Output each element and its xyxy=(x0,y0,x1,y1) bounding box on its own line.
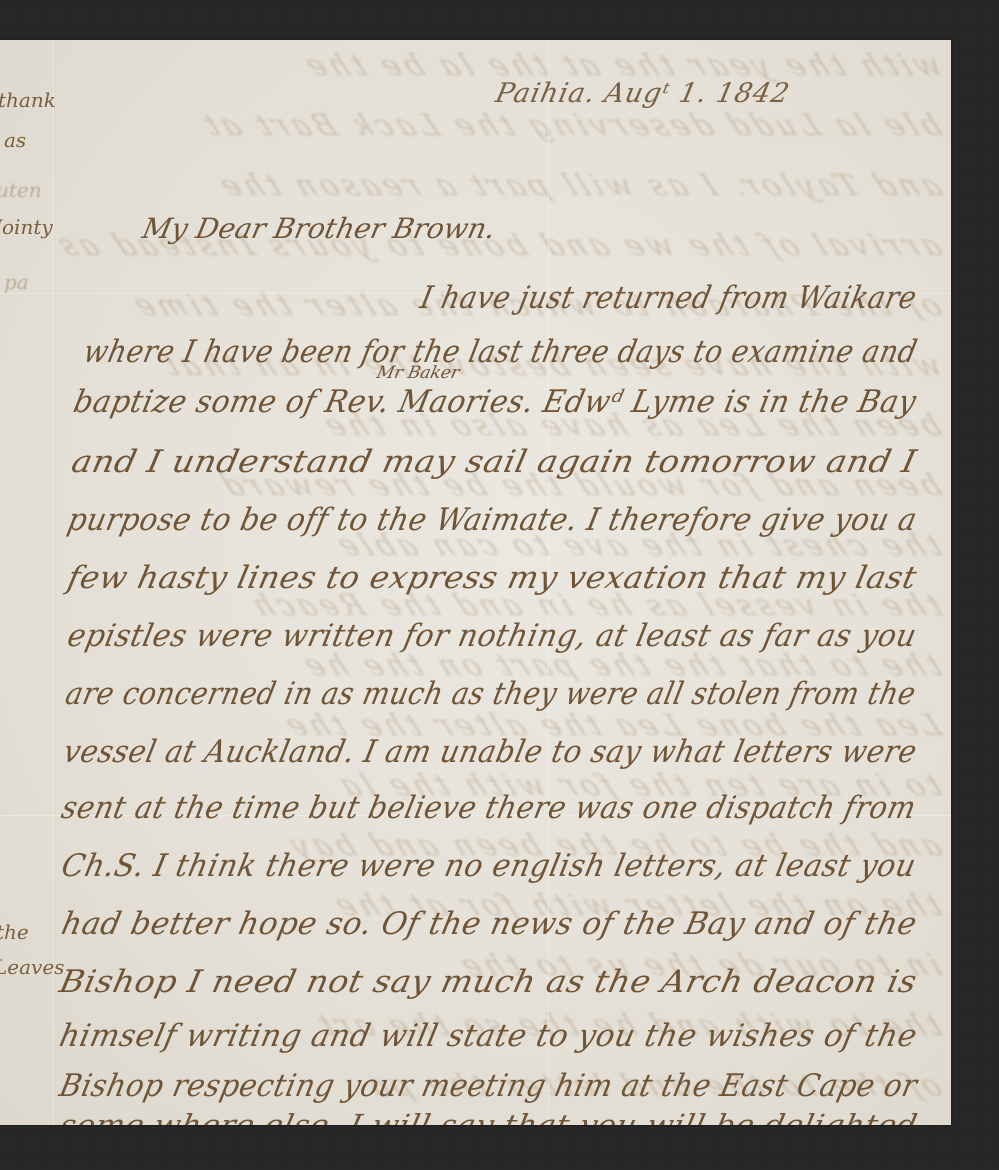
bleed-line: and Taylor. I as will part a reason the xyxy=(52,168,948,203)
letter-line: himself writing and will state to you th… xyxy=(56,1018,920,1054)
letter-line: baptize some of Rev. Maories. Edwᵈ Lyme … xyxy=(70,384,919,420)
letter-salutation: My Dear Brother Brown. xyxy=(139,212,498,245)
letter-line: vessel at Auckland. I am unable to say w… xyxy=(60,734,920,770)
letter-line: epistles were written for nothing, at le… xyxy=(64,618,920,654)
letter-line: sent at the time but believe there was o… xyxy=(58,790,919,826)
letter-line: few hasty lines to express my vexation t… xyxy=(64,560,920,596)
left-margin-fragments: thank as uten Jointy pa the Leaves xyxy=(0,40,52,1125)
letter-line: are concerned in as much as they were al… xyxy=(62,676,919,712)
letter-line: some where else. I will say that you wil… xyxy=(57,1108,921,1125)
margin-fragment: the xyxy=(0,920,29,944)
margin-fragment: Jointy xyxy=(0,215,53,239)
letter-line: Ch.S. I think there were no english lett… xyxy=(58,848,919,884)
letter-line: Bishop I need not say much as the Arch d… xyxy=(56,964,920,1000)
letter-line: where I have been for the last three day… xyxy=(80,334,920,370)
letter-line: Bishop respecting your meeting him at th… xyxy=(56,1068,920,1104)
letter-line: had better hope so. Of the news of the B… xyxy=(58,906,920,942)
letter-line: I have just returned from Waikare xyxy=(417,280,920,316)
margin-fragment: thank xyxy=(0,88,56,112)
margin-fragment: as xyxy=(4,128,26,152)
letter-dateline: Paihia. Augᵗ 1. 1842 xyxy=(493,78,793,109)
letter-page: with the year the at the la be the ble l… xyxy=(0,40,951,1125)
letter-line: purpose to be off to the Waimate. I ther… xyxy=(64,502,920,538)
bleed-line: ble la Ludd deserving the Lack Bart at xyxy=(52,108,948,143)
margin-fragment: pa xyxy=(4,270,29,294)
margin-fragment: Leaves xyxy=(0,955,64,979)
margin-fragment: uten xyxy=(0,178,42,202)
letter-line: and I understand may sail again tomorrow… xyxy=(68,444,920,480)
